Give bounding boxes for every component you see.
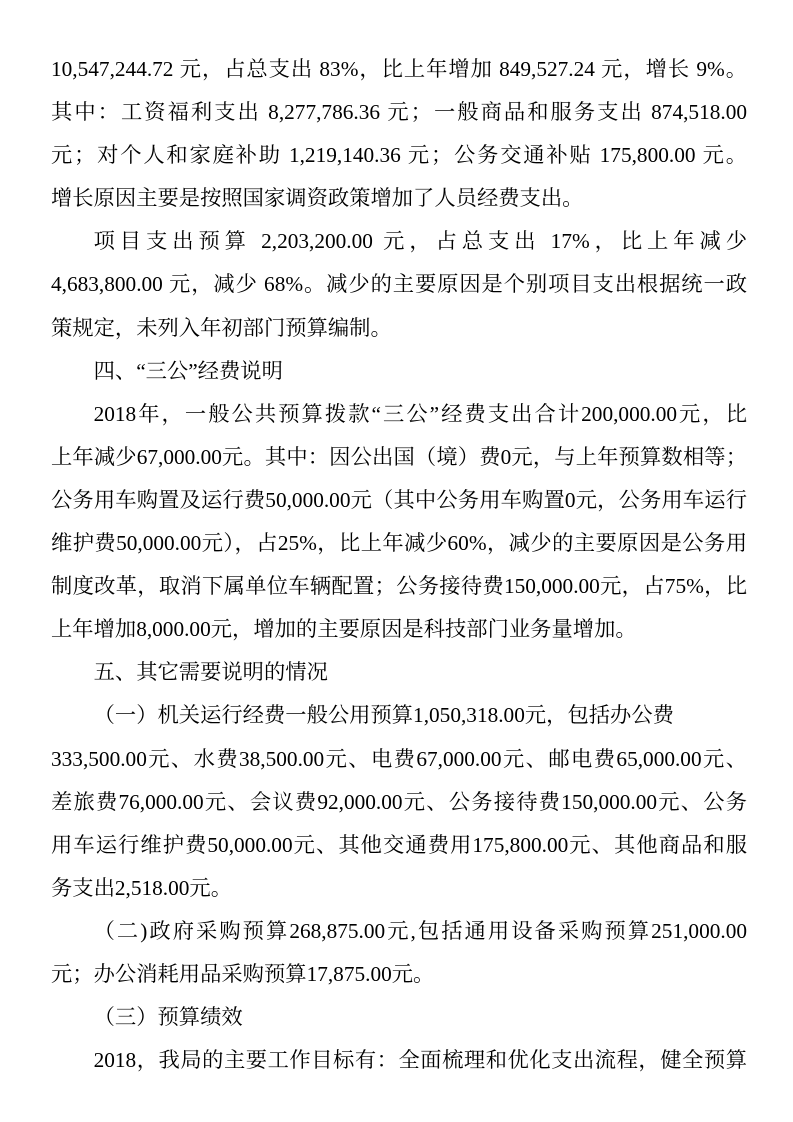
document-line: 上年增加8,000.00元，增加的主要原因是科技部门业务量增加。	[51, 608, 747, 651]
document-line: 4,683,800.00 元，减少 68%。减少的主要原因是个别项目支出根据统一…	[51, 263, 747, 306]
document-line: 2018年，一般公共预算拨款“三公”经费支出合计200,000.00元，比	[51, 393, 747, 436]
document-line: 元；办公消耗用品采购预算17,875.00元。	[51, 953, 747, 996]
document-line: 务支出2,518.00元。	[51, 867, 747, 910]
document-line: （一）机关运行经费一般公用预算1,050,318.00元，包括办公费	[51, 694, 747, 737]
section-heading-other-notes: 五、其它需要说明的情况	[51, 651, 747, 694]
document-line: 333,500.00元、水费38,500.00元、电费67,000.00元、邮电…	[51, 738, 747, 781]
document-line: 用车运行维护费50,000.00元、其他交通费用175,800.00元、其他商品…	[51, 824, 747, 867]
document-line: 项目支出预算 2,203,200.00 元，占总支出 17%，比上年减少	[51, 220, 747, 263]
document-line: 上年减少67,000.00元。其中：因公出国（境）费0元，与上年预算数相等；	[51, 436, 747, 479]
document-page: 10,547,244.72 元，占总支出 83%，比上年增加 849,527.2…	[0, 0, 793, 1122]
document-line: 其中：工资福利支出 8,277,786.36 元；一般商品和服务支出 874,5…	[51, 91, 747, 134]
document-line: 2018，我局的主要工作目标有：全面梳理和优化支出流程，健全预算编	[51, 1039, 747, 1082]
document-line: 增长原因主要是按照国家调资政策增加了人员经费支出。	[51, 177, 747, 220]
document-line: 公务用车购置及运行费50,000.00元（其中公务用车购置0元，公务用车运行	[51, 479, 747, 522]
document-line: （二)政府采购预算268,875.00元,包括通用设备采购预算251,000.0…	[51, 910, 747, 953]
document-line: 10,547,244.72 元，占总支出 83%，比上年增加 849,527.2…	[51, 48, 747, 91]
document-line: 策规定，未列入年初部门预算编制。	[51, 307, 747, 350]
document-line: 差旅费76,000.00元、会议费92,000.00元、公务接待费150,000…	[51, 781, 747, 824]
document-line: 制度改革，取消下属单位车辆配置；公务接待费150,000.00元，占75%，比	[51, 565, 747, 608]
document-line: 维护费50,000.00元），占25%，比上年减少60%，减少的主要原因是公务用…	[51, 522, 747, 565]
section-heading-three-public-funds: 四、“三公”经费说明	[51, 350, 747, 393]
document-line: 元；对个人和家庭补助 1,219,140.36 元；公务交通补贴 175,800…	[51, 134, 747, 177]
section-heading-budget-performance: （三）预算绩效	[51, 996, 747, 1039]
